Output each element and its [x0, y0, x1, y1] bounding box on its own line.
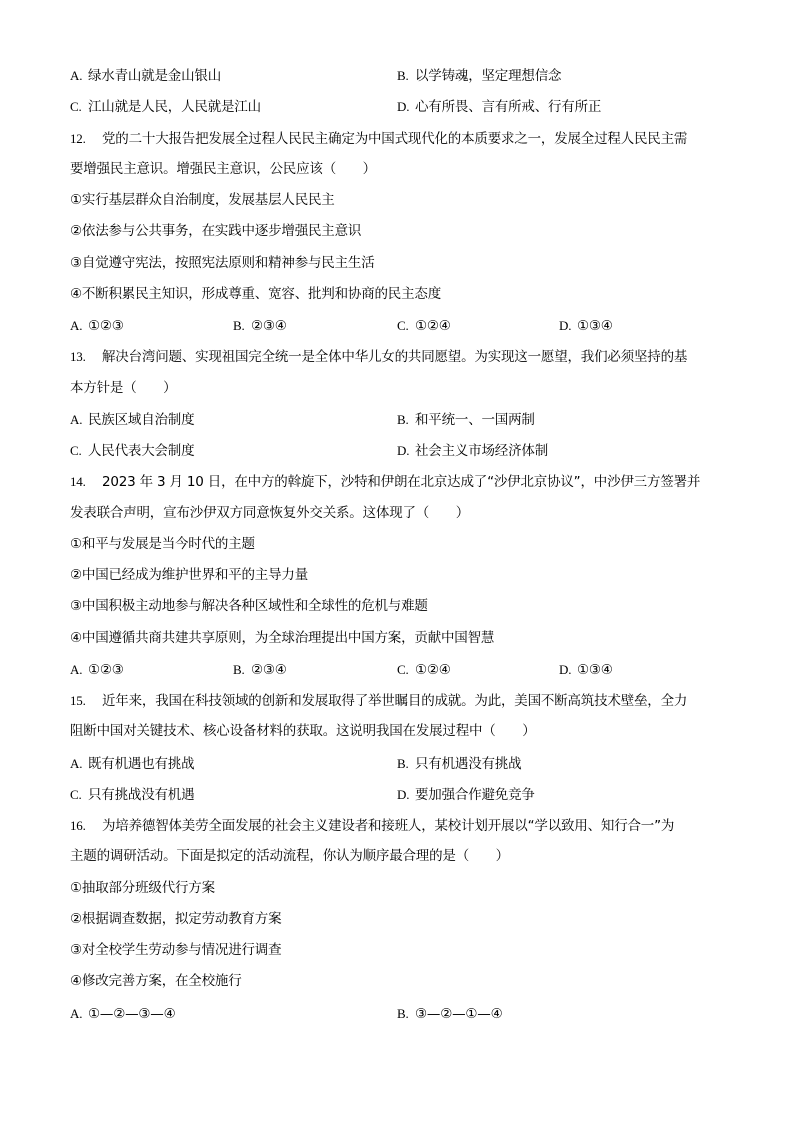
- q14-statement-4: ④中国遵循共商共建共享原则，为全球治理提出中国方案，贡献中国智慧: [70, 623, 730, 654]
- q12-stem-line-1: 12.党的二十大报告把发展全过程人民民主确定为中国式现代化的本质要求之一，发展全…: [70, 123, 730, 154]
- option-text: 人民代表大会制度: [88, 443, 194, 459]
- q14-statement-1: ①和平与发展是当今时代的主题: [70, 529, 730, 560]
- option-text: 要加强合作避免竞争: [415, 787, 535, 803]
- q14-option-c: C.①②④: [397, 654, 451, 686]
- q13-options-row-2: C.人民代表大会制度 D.社会主义市场经济体制: [70, 435, 730, 466]
- option-label: A.: [70, 310, 88, 341]
- option-text: 以学铸魂，坚定理想信念: [415, 68, 561, 84]
- q11-options-row-1: A.绿水青山就是金山银山 B.以学铸魂，坚定理想信念: [70, 60, 730, 91]
- q13-option-a: A.民族区域自治制度: [70, 404, 194, 436]
- question-number: 15.: [70, 685, 102, 716]
- q12-options: A.①②③ B.②③④ C.①②④ D.①③④: [70, 310, 730, 341]
- option-label: A.: [70, 654, 88, 685]
- question-stem: 近年来，我国在科技领域的创新和发展取得了举世瞩目的成就。为此，美国不断高筑技术壁…: [102, 693, 687, 709]
- option-text: ①—②—③—④: [88, 1006, 176, 1022]
- option-label: A.: [70, 60, 88, 91]
- q14-statement-3: ③中国积极主动地参与解决各种区域性和全球性的危机与难题: [70, 591, 730, 622]
- q14-option-b: B.②③④: [233, 654, 287, 686]
- q16-statement-4: ④修改完善方案，在全校施行: [70, 966, 730, 997]
- q14-option-d: D.①③④: [559, 654, 613, 686]
- question-stem: 发表联合声明，宣布沙伊双方同意恢复外交关系。这体现了（ ）: [70, 505, 469, 521]
- q15-option-c: C.只有挑战没有机遇: [70, 779, 194, 811]
- option-label: C.: [397, 654, 415, 685]
- q15-option-a: A.既有机遇也有挑战: [70, 748, 194, 780]
- q13-option-c: C.人民代表大会制度: [70, 435, 194, 467]
- q12-option-b: B.②③④: [233, 310, 287, 342]
- exam-page: A.绿水青山就是金山银山 B.以学铸魂，坚定理想信念 C.江山就是人民，人民就是…: [70, 60, 730, 1029]
- q12-statement-4: ④不断积累民主知识，形成尊重、宽容、批判和协商的民主态度: [70, 279, 730, 310]
- option-label: B.: [397, 748, 415, 779]
- option-text: 江山就是人民，人民就是江山: [88, 99, 261, 115]
- q12-stem-line-2: 要增强民主意识。增强民主意识，公民应该（ ）: [70, 154, 730, 185]
- question-stem: 解决台湾问题、实现祖国完全统一是全体中华儿女的共同愿望。为实现这一愿望，我们必须…: [102, 349, 687, 365]
- option-label: B.: [397, 998, 415, 1029]
- q14-statement-2: ②中国已经成为维护世界和平的主导力量: [70, 560, 730, 591]
- option-text: 只有机遇没有挑战: [415, 756, 521, 772]
- q16-stem-line-1: 16.为培养德智体美劳全面发展的社会主义建设者和接班人，某校计划开展以“学以致用…: [70, 810, 730, 841]
- q15-option-b: B.只有机遇没有挑战: [397, 748, 521, 780]
- option-text: 绿水青山就是金山银山: [88, 68, 221, 84]
- option-label: C.: [70, 779, 88, 810]
- question-stem: 要增强民主意识。增强民主意识，公民应该（ ）: [70, 161, 376, 177]
- q12-statement-2: ②依法参与公共事务，在实践中逐步增强民主意识: [70, 216, 730, 247]
- q16-statement-1: ①抽取部分班级代行方案: [70, 873, 730, 904]
- option-label: B.: [397, 60, 415, 91]
- option-text: ②③④: [251, 318, 287, 334]
- option-text: ③—②—①—④: [415, 1006, 503, 1022]
- q13-stem-line-2: 本方针是（ ）: [70, 373, 730, 404]
- q16-option-a: A.①—②—③—④: [70, 998, 176, 1030]
- option-label: A.: [70, 748, 88, 779]
- option-label: C.: [70, 91, 88, 122]
- q16-stem-line-2: 主题的调研活动。下面是拟定的活动流程，你认为顺序最合理的是（ ）: [70, 841, 730, 872]
- option-text: ②③④: [251, 662, 287, 678]
- q12-option-d: D.①③④: [559, 310, 613, 342]
- q11-option-d: D.心有所畏、言有所戒、行有所正: [397, 91, 601, 123]
- q14-option-a: A.①②③: [70, 654, 124, 686]
- q12-statement-3: ③自觉遵守宪法，按照宪法原则和精神参与民主生活: [70, 248, 730, 279]
- q11-option-c: C.江山就是人民，人民就是江山: [70, 91, 261, 123]
- option-label: C.: [70, 435, 88, 466]
- option-text: 只有挑战没有机遇: [88, 787, 194, 803]
- question-number: 16.: [70, 810, 102, 841]
- option-label: D.: [559, 310, 577, 341]
- q15-stem-line-1: 15.近年来，我国在科技领域的创新和发展取得了举世瞩目的成就。为此，美国不断高筑…: [70, 685, 730, 716]
- option-label: C.: [397, 310, 415, 341]
- option-text: 心有所畏、言有所戒、行有所正: [415, 99, 601, 115]
- q11-option-b: B.以学铸魂，坚定理想信念: [397, 60, 561, 92]
- question-number: 12.: [70, 123, 102, 154]
- q16-option-b: B.③—②—①—④: [397, 998, 503, 1030]
- q11-option-a: A.绿水青山就是金山银山: [70, 60, 221, 92]
- q13-option-d: D.社会主义市场经济体制: [397, 435, 548, 467]
- option-label: D.: [397, 91, 415, 122]
- option-label: D.: [397, 779, 415, 810]
- q16-statement-3: ③对全校学生劳动参与情况进行调查: [70, 935, 730, 966]
- q15-stem-line-2: 阻断中国对关键技术、核心设备材料的获取。这说明我国在发展过程中（ ）: [70, 716, 730, 747]
- option-text: 民族区域自治制度: [88, 412, 194, 428]
- q14-stem-line-2: 发表联合声明，宣布沙伊双方同意恢复外交关系。这体现了（ ）: [70, 498, 730, 529]
- option-label: A.: [70, 404, 88, 435]
- question-stem: 党的二十大报告把发展全过程人民民主确定为中国式现代化的本质要求之一，发展全过程人…: [102, 131, 687, 147]
- q15-options-row-1: A.既有机遇也有挑战 B.只有机遇没有挑战: [70, 748, 730, 779]
- option-text: ①②③: [88, 662, 124, 678]
- question-number: 14.: [70, 466, 102, 497]
- q16-options-row-1: A.①—②—③—④ B.③—②—①—④: [70, 998, 730, 1029]
- option-text: ①②③: [88, 318, 124, 334]
- option-label: D.: [559, 654, 577, 685]
- option-text: ①③④: [577, 318, 613, 334]
- question-stem: 本方针是（ ）: [70, 380, 176, 396]
- question-stem: 2023 年 3 月 10 日，在中方的斡旋下，沙特和伊朗在北京达成了“沙伊北京…: [102, 474, 700, 490]
- question-stem: 为培养德智体美劳全面发展的社会主义建设者和接班人，某校计划开展以“学以致用、知行…: [102, 818, 674, 834]
- q12-option-a: A.①②③: [70, 310, 124, 342]
- q13-stem-line-1: 13.解决台湾问题、实现祖国完全统一是全体中华儿女的共同愿望。为实现这一愿望，我…: [70, 341, 730, 372]
- q14-stem-line-1: 14.2023 年 3 月 10 日，在中方的斡旋下，沙特和伊朗在北京达成了“沙…: [70, 466, 730, 497]
- q14-options: A.①②③ B.②③④ C.①②④ D.①③④: [70, 654, 730, 685]
- option-text: ①②④: [415, 318, 451, 334]
- q12-option-c: C.①②④: [397, 310, 451, 342]
- q15-option-d: D.要加强合作避免竞争: [397, 779, 535, 811]
- option-label: B.: [233, 654, 251, 685]
- q13-options-row-1: A.民族区域自治制度 B.和平统一、一国两制: [70, 404, 730, 435]
- question-stem: 主题的调研活动。下面是拟定的活动流程，你认为顺序最合理的是（ ）: [70, 848, 509, 864]
- q12-statement-1: ①实行基层群众自治制度，发展基层人民民主: [70, 185, 730, 216]
- question-number: 13.: [70, 341, 102, 372]
- option-label: A.: [70, 998, 88, 1029]
- q15-options-row-2: C.只有挑战没有机遇 D.要加强合作避免竞争: [70, 779, 730, 810]
- option-label: D.: [397, 435, 415, 466]
- q11-options-row-2: C.江山就是人民，人民就是江山 D.心有所畏、言有所戒、行有所正: [70, 91, 730, 122]
- option-label: B.: [233, 310, 251, 341]
- option-text: 和平统一、一国两制: [415, 412, 535, 428]
- option-text: 既有机遇也有挑战: [88, 756, 194, 772]
- option-label: B.: [397, 404, 415, 435]
- q16-statement-2: ②根据调查数据，拟定劳动教育方案: [70, 904, 730, 935]
- question-stem: 阻断中国对关键技术、核心设备材料的获取。这说明我国在发展过程中（ ）: [70, 723, 536, 739]
- option-text: 社会主义市场经济体制: [415, 443, 548, 459]
- q13-option-b: B.和平统一、一国两制: [397, 404, 535, 436]
- option-text: ①③④: [577, 662, 613, 678]
- option-text: ①②④: [415, 662, 451, 678]
